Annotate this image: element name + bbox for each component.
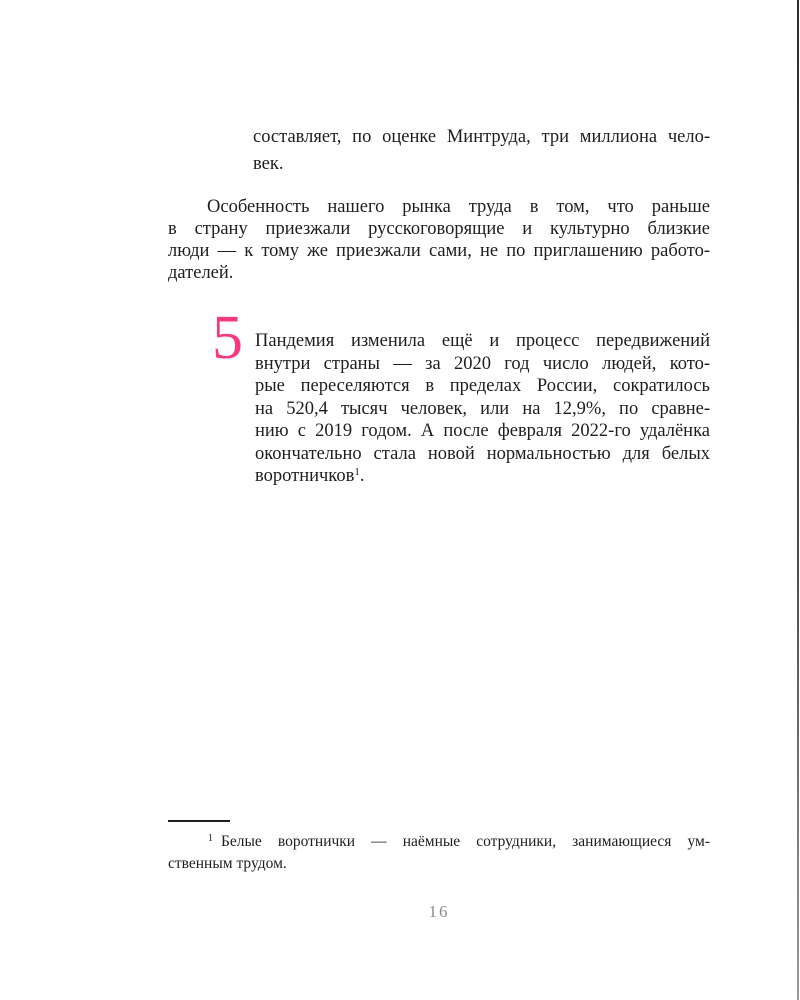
page-edge-line <box>797 0 799 1000</box>
item-last-line-period: . <box>360 466 365 486</box>
book-page: составляет, по оценке Минтруда, три милл… <box>0 0 800 1000</box>
paragraph-main: Особенность нашего рынка труда в том, чт… <box>168 196 710 284</box>
paragraph-continuation: составляет, по оценке Минтруда, три милл… <box>253 124 710 178</box>
page-number: 16 <box>168 902 710 922</box>
text-line: нию с 2019 годом. А после февраля 2022-г… <box>255 420 710 443</box>
footnote-line: ственным трудом. <box>168 853 710 875</box>
text-line: окончательно стала новой нормальностью д… <box>255 443 710 466</box>
text-line: век. <box>253 151 710 178</box>
item-number-5: 5 <box>212 307 243 369</box>
text-column: составляет, по оценке Минтруда, три милл… <box>168 124 710 488</box>
text-line: дателей. <box>168 262 710 284</box>
text-line: рые переселяются в пределах России, сокр… <box>255 375 710 398</box>
footnote-separator <box>168 820 230 822</box>
footnote: 1Белые воротнички — наёмные сотрудники, … <box>168 820 710 875</box>
text-line: составляет, по оценке Минтруда, три милл… <box>253 124 710 151</box>
item-last-line-text: воротничков <box>255 466 354 486</box>
list-item-5: 5 Пандемия изменила ещё и процесс передв… <box>168 330 710 488</box>
text-line: Пандемия изменила ещё и процесс передвиж… <box>255 330 710 353</box>
text-line: в страну приезжали русскоговорящие и кул… <box>168 218 710 240</box>
text-line: люди — к тому же приезжали сами, не по п… <box>168 240 710 262</box>
text-line: воротничков1. <box>255 465 710 488</box>
footnote-text: Белые воротнички — наёмные сотрудники, з… <box>221 833 710 850</box>
text-line: Особенность нашего рынка труда в том, чт… <box>168 196 710 218</box>
footnote-marker: 1 <box>208 833 221 844</box>
footnote-line: 1Белые воротнички — наёмные сотрудники, … <box>168 828 710 853</box>
text-line: на 520,4 тысяч человек, или на 12,9%, по… <box>255 398 710 421</box>
text-line: внутри страны — за 2020 год число людей,… <box>255 353 710 376</box>
